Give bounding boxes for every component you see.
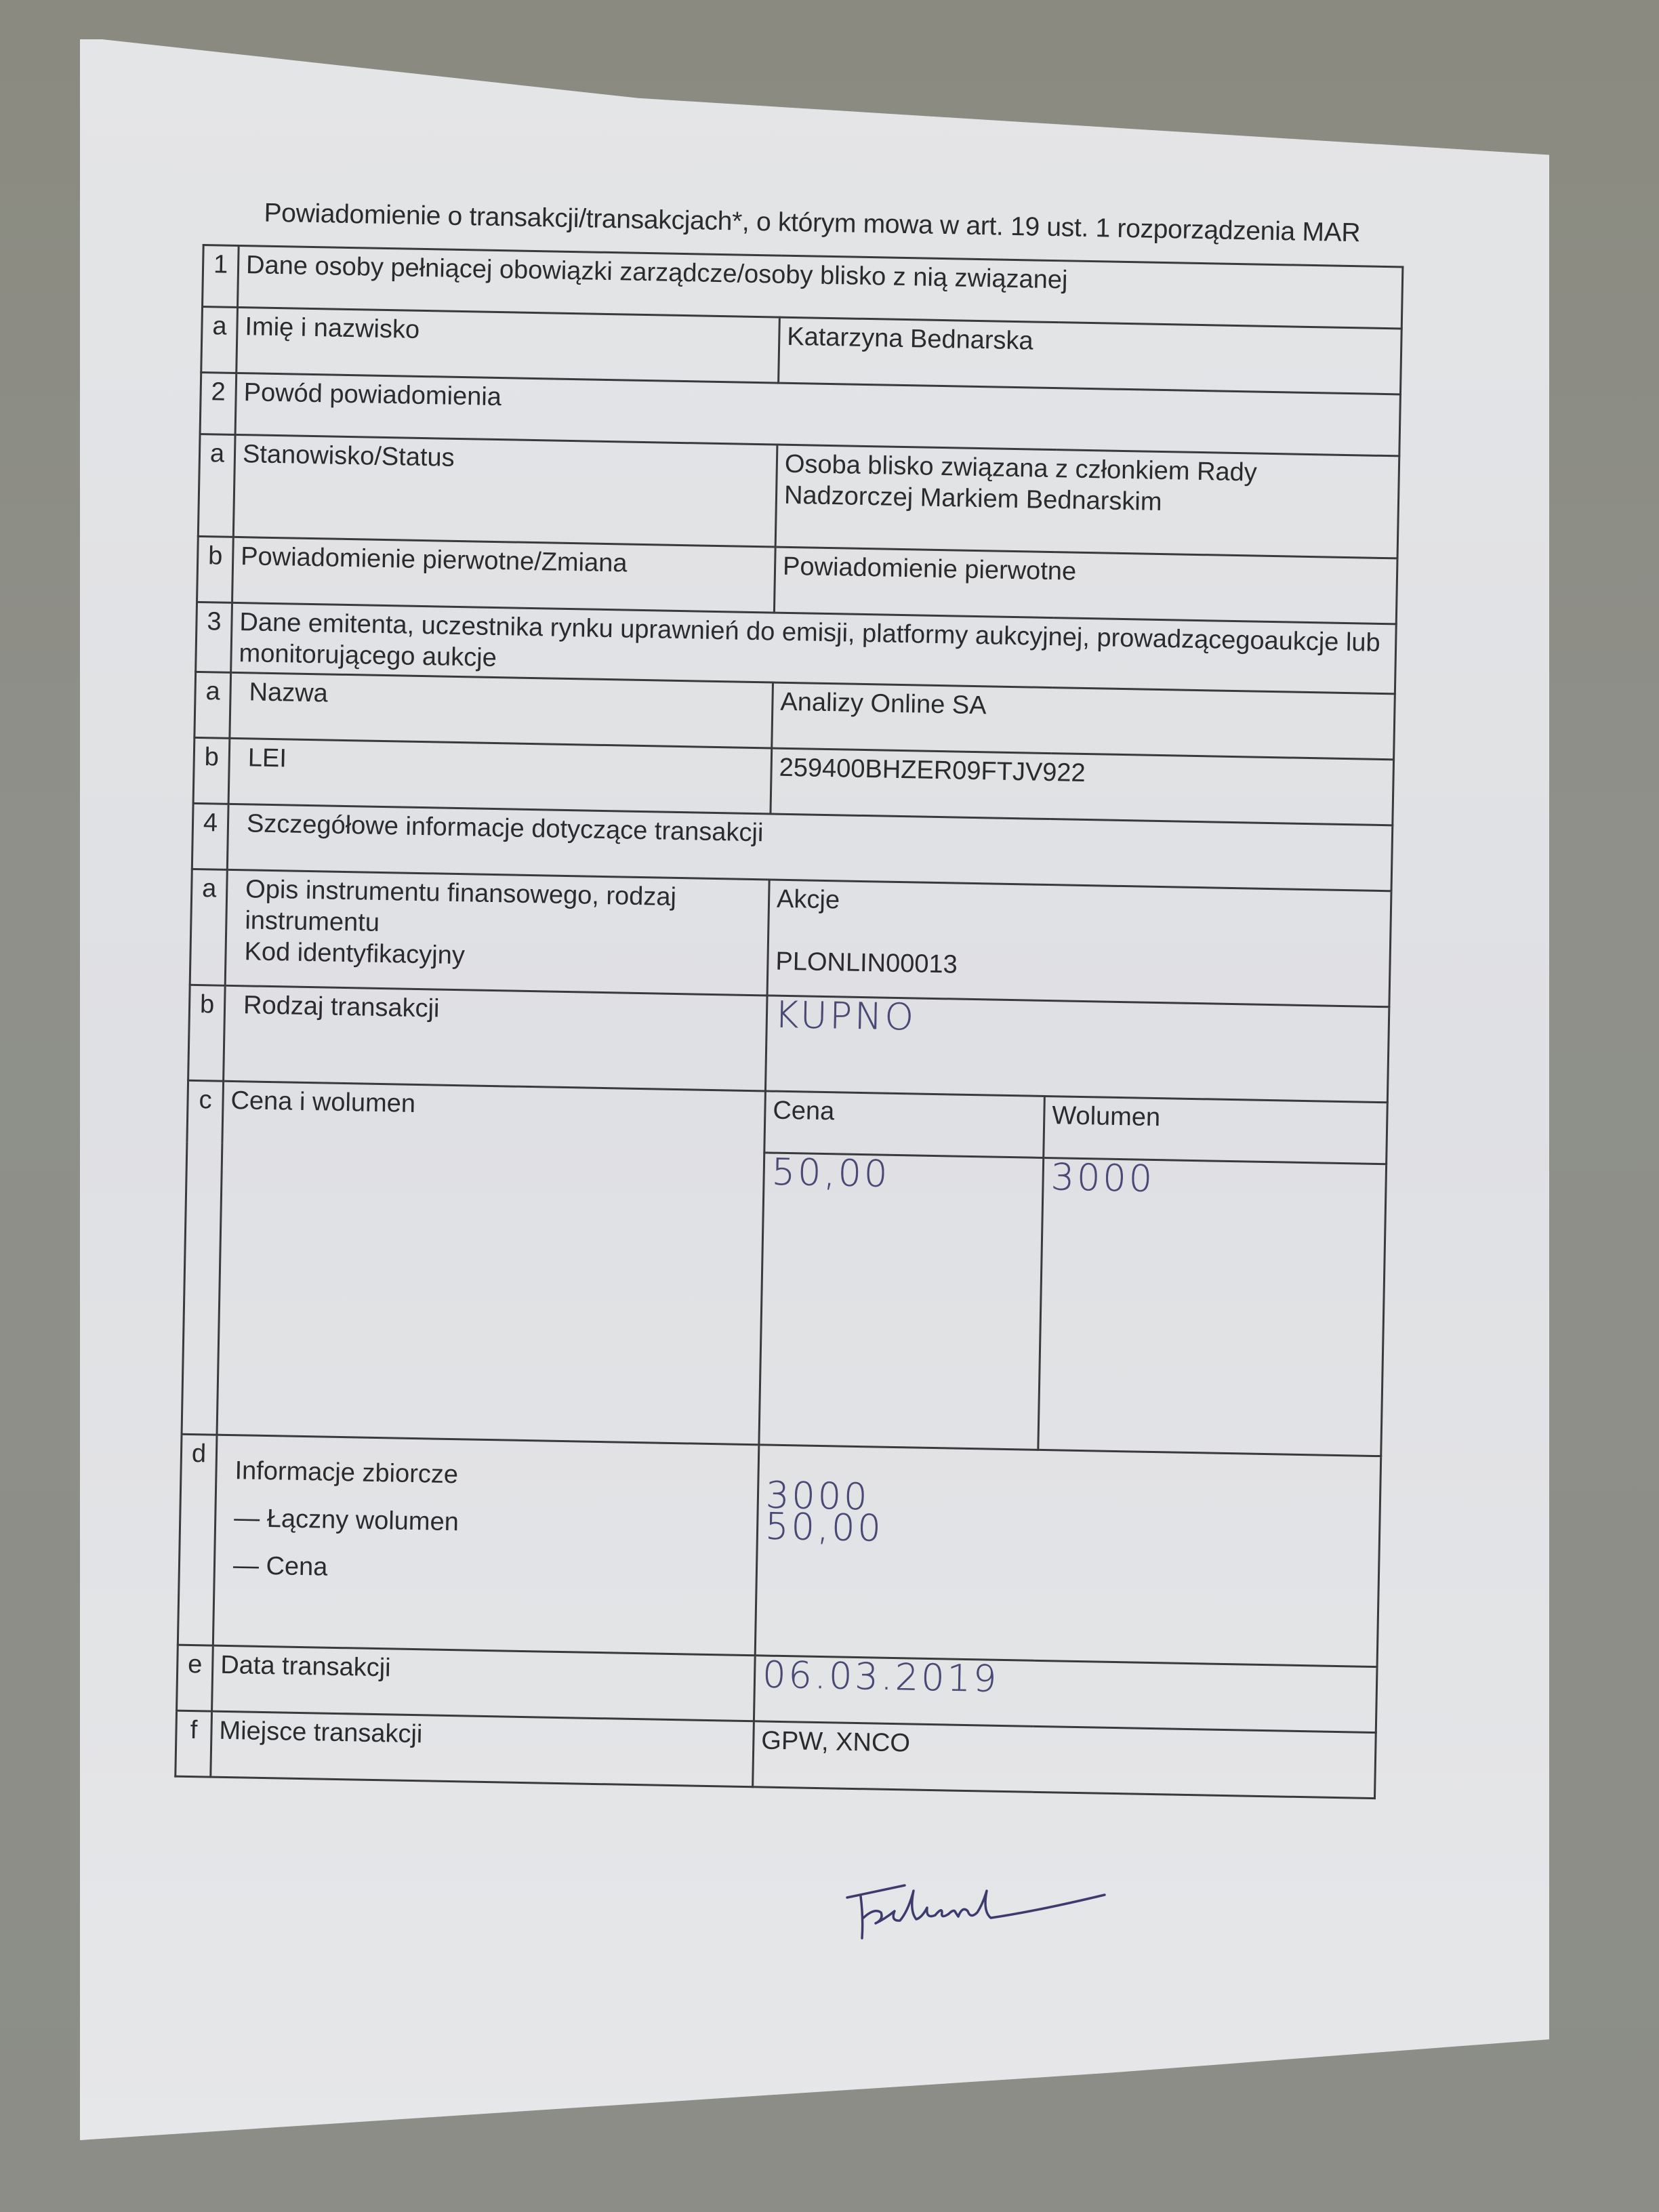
transaction-date-handwritten: 06.03.2019 [762, 1653, 1000, 1700]
section-index: 2 [200, 372, 237, 434]
row-index: e [177, 1645, 213, 1711]
transaction-type-handwritten: KUPNO [774, 994, 916, 1039]
price-volume-label: Cena i wolumen [217, 1081, 765, 1445]
notification-type-label: Powiadomienie pierwotne/Zmiana [232, 537, 776, 613]
row-index: b [197, 536, 234, 602]
price-header: Cena [764, 1091, 1045, 1158]
price-cell: 50,00 [759, 1153, 1044, 1450]
volume-handwritten: 3000 [1050, 1155, 1155, 1200]
instrument-value: Akcje PLONLIN00013 [767, 880, 1391, 1007]
notification-form: Powiadomienie o transakcji/transakcjach*… [174, 197, 1416, 1799]
section-index: 3 [196, 602, 232, 672]
transaction-type-value: KUPNO [765, 996, 1389, 1103]
issuer-name-label: Nazwa [230, 672, 773, 748]
transaction-notification-table: 1 Dane osoby pełniącej obowiązki zarządc… [174, 244, 1404, 1799]
name-label: Imię i nazwisko [237, 307, 780, 383]
instrument-label: Opis instrumentu finansowego, rodzaj ins… [225, 869, 769, 996]
transaction-place-label: Miejsce transakcji [211, 1711, 754, 1787]
row-index: d [178, 1434, 217, 1645]
lei-label: LEI [228, 738, 772, 814]
row-index: a [190, 869, 227, 985]
transaction-date-value: 06.03.2019 [754, 1656, 1377, 1733]
volume-cell: 3000 [1038, 1158, 1387, 1456]
transaction-type-label: Rodzaj transakcji [224, 985, 767, 1091]
aggregated-info-label: Informacje zbiorcze — Łączny wolumen — C… [213, 1435, 759, 1656]
aggregated-info-value: 3000 50,00 [755, 1445, 1381, 1667]
instrument-row: a Opis instrumentu finansowego, rodzaj i… [190, 869, 1391, 1006]
name-value: Katarzyna Bednarska [779, 317, 1402, 394]
position-status-value: Osoba blisko związana z członkiem Rady N… [775, 445, 1399, 558]
price-handwritten: 50,00 [771, 1151, 890, 1195]
row-index: b [193, 737, 230, 804]
section-index: 4 [192, 803, 228, 869]
row-index: a [198, 434, 235, 537]
issuer-name-value: Analizy Online SA [772, 682, 1395, 760]
signature [834, 1870, 1118, 1952]
position-status-label: Stanowisko/Status [233, 434, 777, 547]
row-index: a [201, 307, 238, 373]
section-index: 1 [203, 245, 239, 308]
volume-header: Wolumen [1044, 1096, 1388, 1164]
notification-type-value: Powiadomienie pierwotne [774, 547, 1397, 624]
transaction-date-label: Data transakcji [212, 1645, 756, 1721]
row-index: f [176, 1711, 212, 1777]
lei-value: 259400BHZER09FTJV922 [771, 748, 1394, 825]
instrument-description-label: Opis instrumentu finansowego, rodzaj ins… [245, 874, 762, 945]
row-index: a [194, 672, 231, 738]
aggregated-info-row: d Informacje zbiorcze — Łączny wolumen —… [178, 1434, 1380, 1666]
row-index: b [188, 985, 226, 1081]
row-index: c [182, 1080, 224, 1435]
transaction-place-value: GPW, XNCO [753, 1721, 1376, 1799]
